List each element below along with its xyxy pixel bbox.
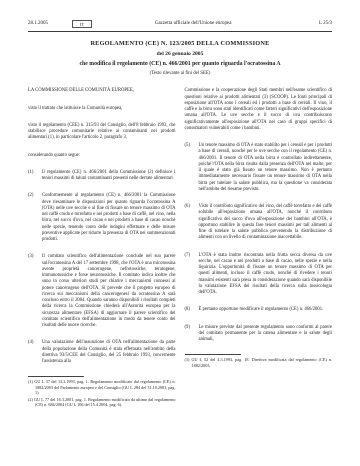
- recital-number: (2): [28, 193, 42, 243]
- recital-3: (3) Il comitato scientifico dell'aliment…: [28, 254, 176, 329]
- recital-number: (7): [185, 253, 199, 297]
- regulation-title-block: REGOLAMENTO (CE) N. 123/2005 DELLA COMMI…: [28, 40, 332, 76]
- left-column: LA COMMISSIONE DELLE COMUNITÀ EUROPEE, v…: [28, 88, 176, 408]
- citation-regulation: visto il regolamento (CEE) n. 315/93 del…: [28, 123, 176, 142]
- footnote-divider: [28, 376, 84, 377]
- header-divider: [28, 31, 332, 32]
- eea-relevance-note: (Testo rilevante ai fini del SEE): [28, 71, 332, 76]
- header-date: 28.1.2005: [28, 21, 72, 27]
- recital-number: (8): [185, 307, 199, 313]
- recital-number: (1): [28, 170, 42, 183]
- recital-6: (6) Visto il contributo significativo de…: [185, 204, 333, 242]
- recital-9: (9) Le misure previste dal presente rego…: [185, 325, 333, 344]
- footnote-3: (3) GU L 52 del 4.3.1993, pag. 18. Diret…: [185, 357, 333, 368]
- recital-text: Visto il contributo significativo del vi…: [199, 204, 333, 242]
- footnote-2: (2) GU L 77 del 16.3.2001, pag. 1. Regol…: [28, 397, 176, 408]
- page-reference: L 25/3: [288, 21, 332, 27]
- recital-8: (8) È pertanto opportuno modificare il r…: [185, 307, 333, 313]
- recital-7: (7) L'OTA è stata inoltre riscontrata ne…: [185, 253, 333, 297]
- recital-text: Il regolamento (CE) n. 466/2001 della Co…: [42, 170, 176, 183]
- right-footnotes: (3) GU L 52 del 4.3.1993, pag. 18. Diret…: [185, 354, 333, 368]
- recital-text: Una valutazione dell'assunzione di OTA n…: [42, 340, 176, 365]
- recital-text: Conformemente al regolamento (CE) n. 466…: [42, 193, 176, 243]
- journal-title: Gazzetta ufficiale dell'Unione europea: [98, 21, 288, 27]
- recital-2: (2) Conformemente al regolamento (CE) n.…: [28, 193, 176, 243]
- recital-number: (9): [185, 325, 199, 344]
- recital-number: (5): [185, 143, 199, 193]
- regulation-title: REGOLAMENTO (CE) N. 123/2005 DELLA COMMI…: [28, 40, 332, 47]
- footnote-divider: [185, 354, 241, 355]
- commission-heading: LA COMMISSIONE DELLE COMUNITÀ EUROPEE,: [28, 88, 176, 94]
- language-code-box: IT: [72, 20, 92, 28]
- two-column-body: LA COMMISSIONE DELLE COMUNITÀ EUROPEE, v…: [28, 88, 332, 408]
- recital-number: (3): [28, 254, 42, 329]
- recital-1: (1) Il regolamento (CE) n. 466/2001 dell…: [28, 170, 176, 183]
- recital-text: È pertanto opportuno modificare il regol…: [199, 307, 333, 313]
- recital-number: (6): [185, 204, 199, 242]
- regulation-subtitle: che modifica il regolamento (CE) n. 466/…: [28, 61, 332, 67]
- regulation-date: del 26 gennaio 2005: [28, 51, 332, 57]
- recital-4: (4) Una valutazione dell'assunzione di O…: [28, 340, 176, 365]
- official-journal-page: 28.1.2005 IT Gazzetta ufficiale dell'Uni…: [0, 0, 360, 466]
- right-column: Commissione e la cooperazione degli Stat…: [185, 88, 333, 408]
- recital-5: (5) Un tenore massimo di OTA è stato sta…: [185, 143, 333, 193]
- footnote-1: (1) GU L 37 del 13.2.1993, pag. 1. Regol…: [28, 379, 176, 395]
- considering-lead-in: considerando quanto segue:: [28, 153, 176, 159]
- recital-number: (4): [28, 340, 42, 365]
- left-footnotes: (1) GU L 37 del 13.2.1993, pag. 1. Regol…: [28, 376, 176, 407]
- recital-text: Un tenore massimo di OTA è stato stabili…: [199, 143, 333, 193]
- recital-text: L'OTA è stata inoltre riscontrata nella …: [199, 253, 333, 297]
- recital-4-continuation: Commissione e la cooperazione degli Stat…: [185, 88, 333, 132]
- citation-treaty: visto il trattato che istituisce la Comu…: [28, 106, 176, 112]
- recital-text: Le misure previste dal presente regolame…: [199, 325, 333, 344]
- page-header: 28.1.2005 IT Gazzetta ufficiale dell'Uni…: [28, 20, 332, 28]
- recital-text: Il comitato scientifico dell'alimentazio…: [42, 254, 176, 329]
